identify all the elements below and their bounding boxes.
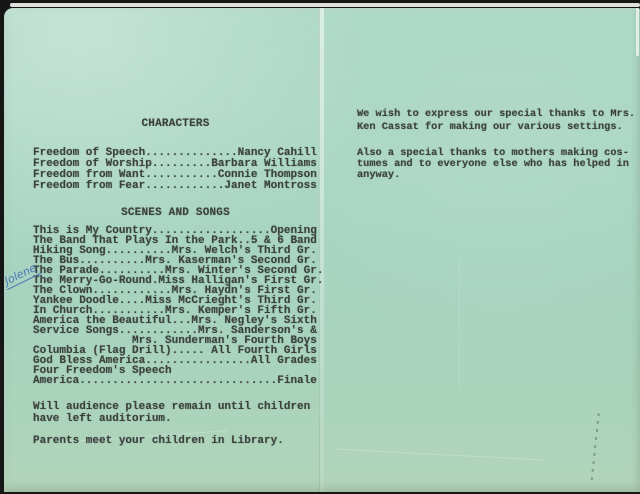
program-paper: CHARACTERS Freedom of Speech............… <box>4 8 640 492</box>
right-edge-highlight <box>636 8 639 56</box>
parents-note-line: Parents meet your children in Library. <box>33 436 284 448</box>
characters-heading: CHARACTERS <box>33 118 318 130</box>
thanks-note: We wish to express our special thanks to… <box>357 108 635 133</box>
costumes-note-line: anyway. <box>357 170 629 181</box>
parents-note: Parents meet your children in Library. <box>33 436 284 448</box>
scanned-program-spread: CHARACTERS Freedom of Speech............… <box>0 0 640 494</box>
audience-note: Will audience please remain until childr… <box>33 402 310 425</box>
scan-edge-highlight <box>10 3 640 7</box>
paper-crease-dashed <box>590 413 600 485</box>
paper-crease <box>334 449 544 461</box>
thanks-note-line: We wish to express our special thanks to… <box>357 108 635 121</box>
scene-line: America..............................Fin… <box>33 376 323 386</box>
scenes-list: This is My Country..................Open… <box>33 226 323 386</box>
audience-note-line: Will audience please remain until childr… <box>33 402 310 414</box>
costumes-note: Also a special thanks to mothers making … <box>357 148 629 181</box>
scenes-heading: SCENES AND SONGS <box>33 207 318 219</box>
thanks-note-line: Ken Cassat for making our various settin… <box>357 121 635 134</box>
character-line: Freedom from Fear............Janet Montr… <box>33 181 317 192</box>
audience-note-line: have left auditorium. <box>33 414 310 426</box>
paper-crease <box>459 258 460 388</box>
characters-list: Freedom of Speech..............Nancy Cah… <box>33 148 317 192</box>
